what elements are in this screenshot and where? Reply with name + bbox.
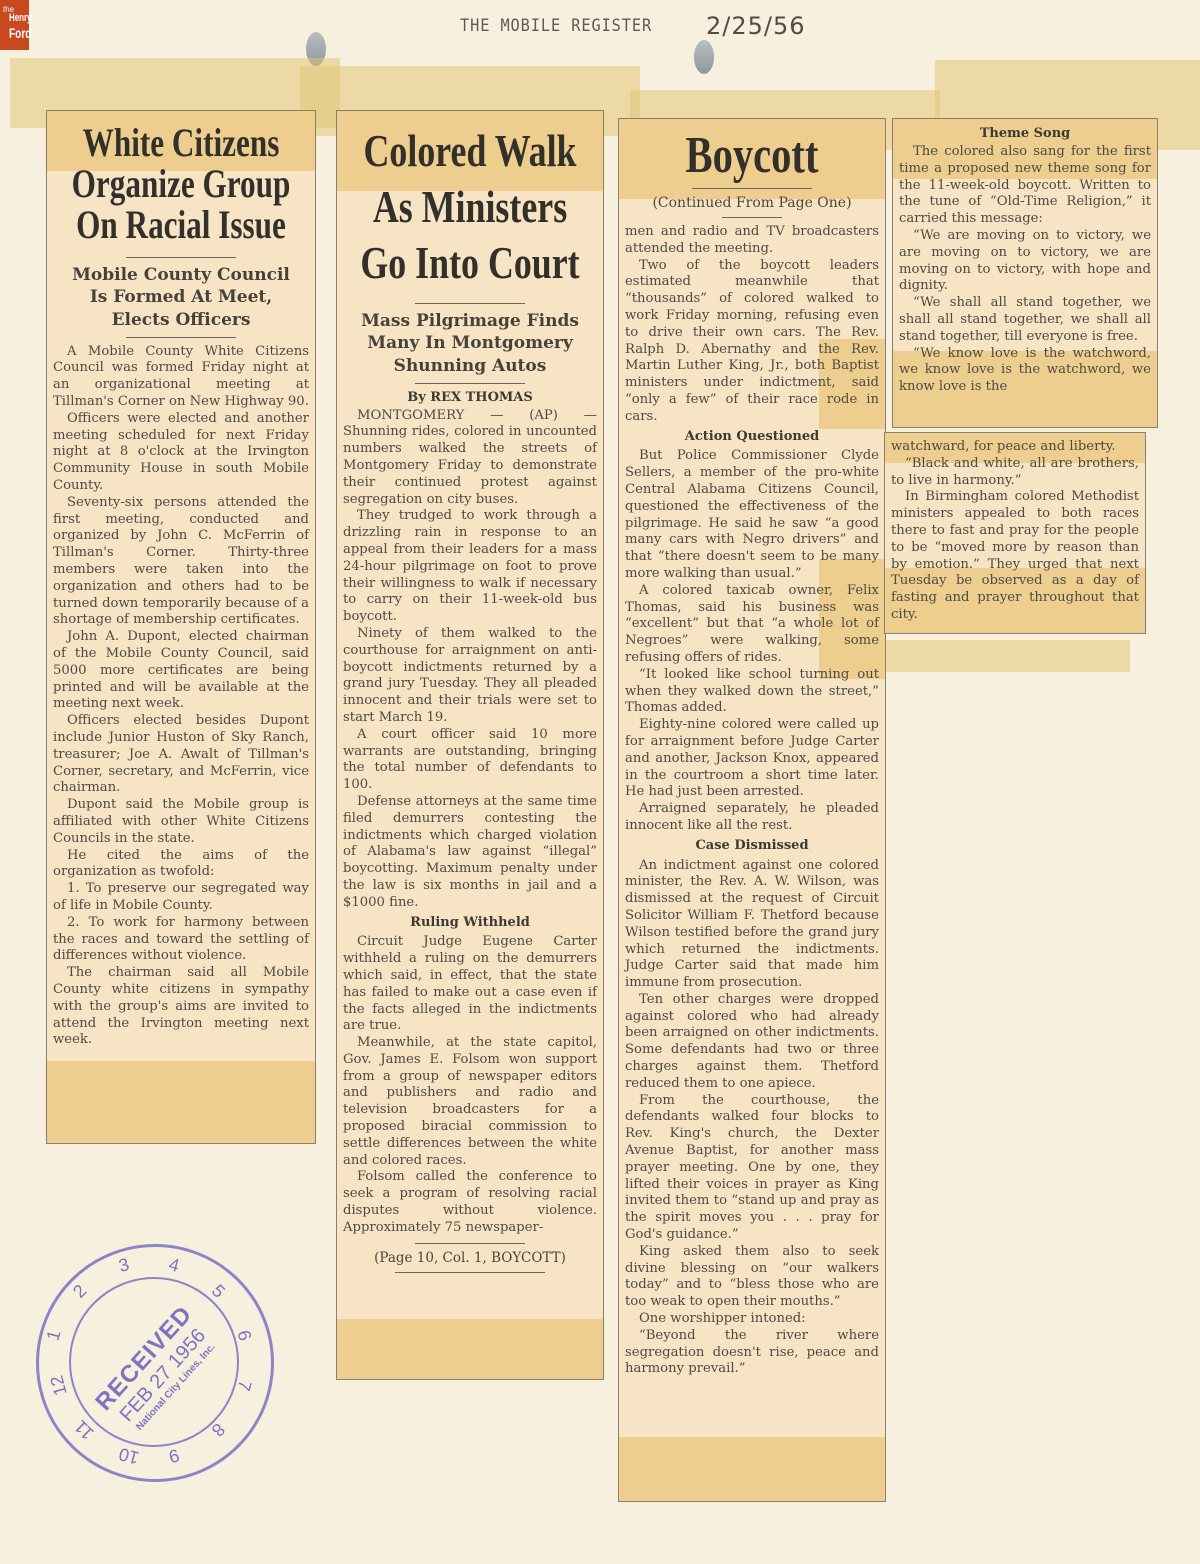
jump-line: (Page 10, Col. 1, BOYCOTT) xyxy=(343,1250,597,1266)
article-body: watchward, for peace and liberty. “Black… xyxy=(891,439,1139,624)
article-body: MONTGOMERY — (AP) — Shunning rides, colo… xyxy=(343,408,597,1237)
headline: Boycott xyxy=(653,129,851,182)
section-subhead: Action Questioned xyxy=(625,429,879,446)
punch-hole xyxy=(694,40,714,74)
stamp-dial-number: 4 xyxy=(167,1254,182,1277)
stamp-dial-number: 12 xyxy=(47,1373,72,1398)
clipping-colored-walk: Colored Walk As Ministers Go Into Court … xyxy=(336,110,604,1380)
byline: By REX THOMAS xyxy=(343,390,597,405)
stamp-dial-number: 3 xyxy=(116,1254,131,1277)
stamp-dial-number: 6 xyxy=(232,1328,255,1343)
stamp-dial-number: 1 xyxy=(43,1328,66,1343)
clipping-theme-song-continued: watchward, for peace and liberty. “Black… xyxy=(884,432,1146,634)
clipping-theme-song: Theme Song The colored also sang for the… xyxy=(892,118,1158,428)
headline: Colored Walk As Ministers Go Into Court xyxy=(348,123,593,291)
tape-strip xyxy=(880,640,1130,672)
stamp-dial-number: 8 xyxy=(207,1419,229,1441)
received-stamp: 123456789101112 RECEIVED FEB 27 1956 Nat… xyxy=(36,1244,274,1482)
headline: White Citizens Organize Group On Racial … xyxy=(66,123,297,245)
stamp-dial-number: 7 xyxy=(232,1378,255,1393)
handwritten-date: 2/25/56 xyxy=(706,12,806,40)
subheadline: Mass Pilgrimage Finds Many In Montgomery… xyxy=(343,310,597,376)
section-subhead: Case Dismissed xyxy=(625,838,879,855)
clipping-boycott: Boycott (Continued From Page One) men an… xyxy=(618,118,886,1502)
section-subhead: Ruling Withheld xyxy=(343,915,597,932)
stamp-dial-number: 2 xyxy=(69,1280,91,1302)
publication-name: THE MOBILE REGISTER xyxy=(460,16,652,36)
article-body: The colored also sang for the first time… xyxy=(899,144,1151,396)
clipping-white-citizens: White Citizens Organize Group On Racial … xyxy=(46,110,316,1144)
continued-line: (Continued From Page One) xyxy=(625,195,879,211)
stamp-dial-number: 9 xyxy=(167,1444,182,1467)
article-body: men and radio and TV broadcasters attend… xyxy=(625,224,879,1378)
section-subhead: Theme Song xyxy=(899,126,1151,141)
article-body: A Mobile County White Citizens Council w… xyxy=(53,344,309,1049)
subheadline: Mobile County Council Is Formed At Meet,… xyxy=(53,264,309,330)
stamp-dial-number: 5 xyxy=(207,1280,229,1302)
henry-ford-logo: the Henry Ford xyxy=(0,0,29,50)
